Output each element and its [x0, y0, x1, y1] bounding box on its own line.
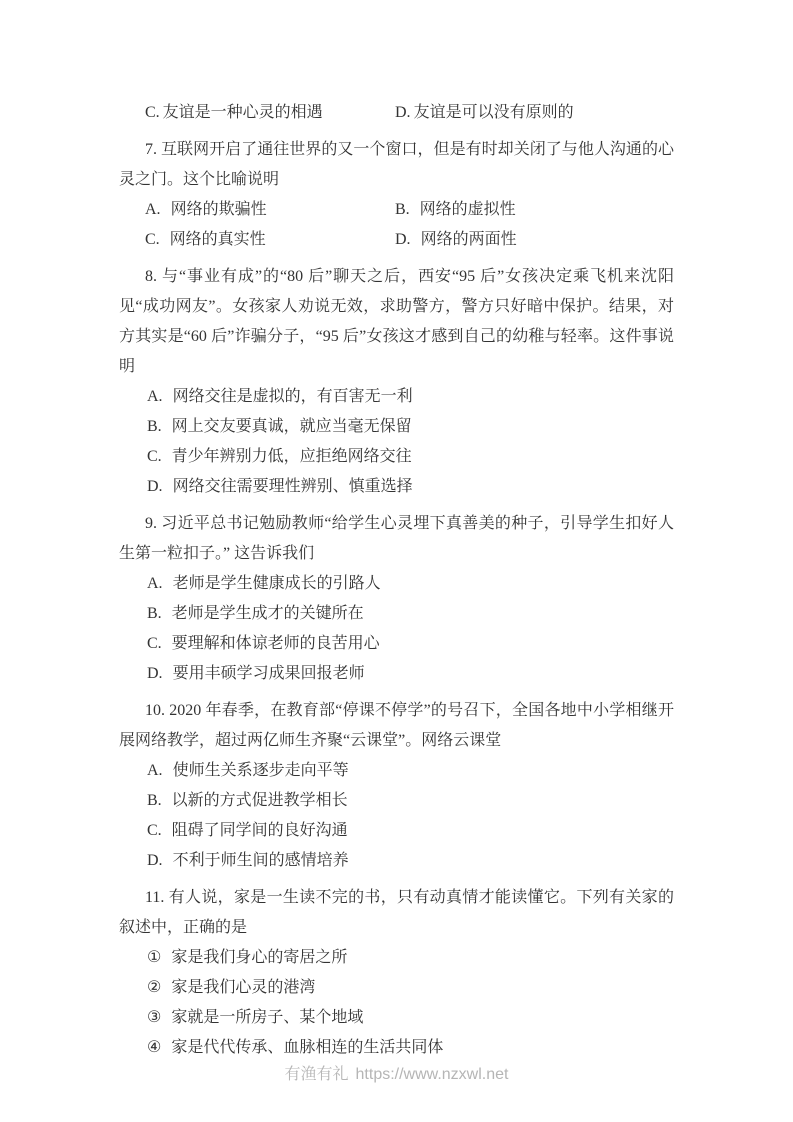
option-7-a: A.网络的欺骗性 [145, 195, 395, 225]
option-7-b: B.网络的虚拟性 [395, 195, 516, 225]
option-7-c: C.网络的真实性 [145, 225, 395, 255]
option-10-b: B.以新的方式促进教学相长 [119, 786, 674, 816]
option-label: A. [147, 569, 163, 599]
site-url-link[interactable]: https://www.nzxwl.net [356, 1066, 509, 1083]
option-text: 网络的两面性 [421, 231, 517, 248]
site-footer: 有渔有礼https://www.nzxwl.net [0, 1062, 793, 1088]
question-7-options-row-ab: A.网络的欺骗性 B.网络的虚拟性 [119, 195, 674, 225]
option-8-b: B.网上交友要真诚，就应当毫无保留 [119, 412, 674, 442]
question-7: 7. 互联网开启了通往世界的又一个窗口，但是有时却关闭了与他人沟通的心灵之门。这… [119, 135, 674, 255]
option-text: 要用丰硕学习成果回报老师 [173, 665, 365, 682]
statement-text: 家是我们身心的寄居之所 [171, 949, 347, 966]
question-9: 9. 习近平总书记勉励教师“给学生心灵埋下真善美的种子，引导学生扣好人生第一粒扣… [119, 509, 674, 689]
option-9-b: B.老师是学生成才的关键所在 [119, 599, 674, 629]
circled-number-2-icon: ② [147, 973, 161, 1003]
statement-text: 家是代代传承、血脉相连的生活共同体 [171, 1039, 443, 1056]
option-label: A. [147, 382, 163, 412]
option-label: C. [147, 629, 162, 659]
option-label: B. [395, 195, 410, 225]
question-8-stem: 8. 与“事业有成”的“80 后”聊天之后，西安“95 后”女孩决定乘飞机来沈阳… [119, 262, 674, 382]
exam-page: C.友谊是一种心灵的相遇 D.友谊是可以没有原则的 7. 互联网开启了通往世界的… [0, 0, 793, 1122]
option-6-d: D.友谊是可以没有原则的 [395, 98, 574, 128]
option-text: 网络的真实性 [170, 231, 266, 248]
option-8-a: A.网络交往是虚拟的，有百害无一利 [119, 382, 674, 412]
option-label: D. [395, 98, 411, 128]
statement-text: 家是我们心灵的港湾 [171, 979, 315, 996]
option-6-c: C.友谊是一种心灵的相遇 [145, 98, 395, 128]
option-text: 网络交往是虚拟的，有百害无一利 [173, 388, 413, 405]
question-9-stem: 9. 习近平总书记勉励教师“给学生心灵埋下真善美的种子，引导学生扣好人生第一粒扣… [119, 509, 674, 569]
option-label: A. [145, 195, 161, 225]
circled-number-1-icon: ① [147, 943, 161, 973]
option-text: 以新的方式促进教学相长 [172, 792, 348, 809]
option-label: D. [395, 225, 411, 255]
option-label: A. [147, 756, 163, 786]
question-10-stem: 10. 2020 年春季，在教育部“停课不停学”的号召下，全国各地中小学相继开展… [119, 696, 674, 756]
option-label: D. [147, 846, 163, 876]
option-text: 网络的虚拟性 [420, 201, 516, 218]
option-8-d: D.网络交往需要理性辨别、慎重选择 [119, 472, 674, 502]
option-text: 网上交友要真诚，就应当毫无保留 [172, 418, 412, 435]
option-text: 青少年辨别力低，应拒绝网络交往 [172, 448, 412, 465]
option-label: C. [147, 442, 162, 472]
option-label: C. [147, 816, 162, 846]
option-9-a: A.老师是学生健康成长的引路人 [119, 569, 674, 599]
option-text: 不利于师生间的感情培养 [173, 852, 349, 869]
site-brand: 有渔有礼 [285, 1066, 349, 1083]
option-label: C. [145, 98, 160, 128]
circled-number-4-icon: ④ [147, 1033, 161, 1063]
option-label: B. [147, 412, 162, 442]
question-8: 8. 与“事业有成”的“80 后”聊天之后，西安“95 后”女孩决定乘飞机来沈阳… [119, 262, 674, 502]
option-text: 要理解和体谅老师的良苦用心 [172, 635, 380, 652]
option-text: 阻碍了同学间的良好沟通 [172, 822, 348, 839]
option-label: D. [147, 659, 163, 689]
statement-11-2: ②家是我们心灵的港湾 [119, 973, 674, 1003]
option-10-c: C.阻碍了同学间的良好沟通 [119, 816, 674, 846]
option-text: 老师是学生成才的关键所在 [172, 605, 364, 622]
option-label: D. [147, 472, 163, 502]
exam-content: C.友谊是一种心灵的相遇 D.友谊是可以没有原则的 7. 互联网开启了通往世界的… [119, 98, 674, 1063]
option-10-d: D.不利于师生间的感情培养 [119, 846, 674, 876]
statement-11-1: ①家是我们身心的寄居之所 [119, 943, 674, 973]
question-11-stem: 11. 有人说，家是一生读不完的书，只有动真情才能读懂它。下列有关家的叙述中，正… [119, 883, 674, 943]
statement-11-4: ④家是代代传承、血脉相连的生活共同体 [119, 1033, 674, 1063]
circled-number-3-icon: ③ [147, 1003, 161, 1033]
question-7-options-row-cd: C.网络的真实性 D.网络的两面性 [119, 225, 674, 255]
option-7-d: D.网络的两面性 [395, 225, 517, 255]
option-text: 老师是学生健康成长的引路人 [173, 575, 381, 592]
statement-text: 家就是一所房子、某个地域 [171, 1009, 363, 1026]
option-9-d: D.要用丰硕学习成果回报老师 [119, 659, 674, 689]
option-label: C. [145, 225, 160, 255]
option-text: 网络交往需要理性辨别、慎重选择 [173, 478, 413, 495]
question-7-stem: 7. 互联网开启了通往世界的又一个窗口，但是有时却关闭了与他人沟通的心灵之门。这… [119, 135, 674, 195]
option-text: 使师生关系逐步走向平等 [173, 762, 349, 779]
question-6-options-row: C.友谊是一种心灵的相遇 D.友谊是可以没有原则的 [119, 98, 674, 128]
option-9-c: C.要理解和体谅老师的良苦用心 [119, 629, 674, 659]
option-8-c: C.青少年辨别力低，应拒绝网络交往 [119, 442, 674, 472]
option-label: B. [147, 786, 162, 816]
option-label: B. [147, 599, 162, 629]
option-text: 友谊是可以没有原则的 [414, 104, 574, 121]
option-text: 友谊是一种心灵的相遇 [163, 104, 323, 121]
option-10-a: A.使师生关系逐步走向平等 [119, 756, 674, 786]
statement-11-3: ③家就是一所房子、某个地域 [119, 1003, 674, 1033]
question-10: 10. 2020 年春季，在教育部“停课不停学”的号召下，全国各地中小学相继开展… [119, 696, 674, 876]
option-text: 网络的欺骗性 [171, 201, 267, 218]
question-11: 11. 有人说，家是一生读不完的书，只有动真情才能读懂它。下列有关家的叙述中，正… [119, 883, 674, 1063]
